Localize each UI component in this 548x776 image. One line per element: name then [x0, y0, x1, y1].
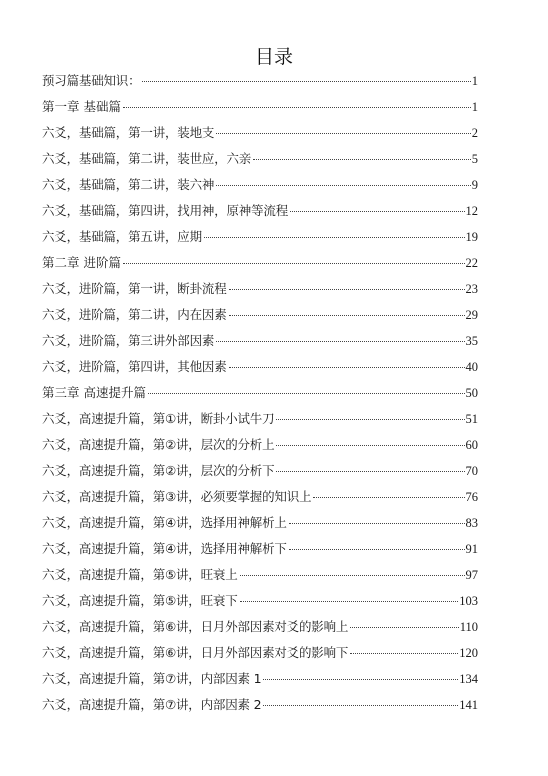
dot-leader	[229, 367, 465, 368]
toc-entry-page-number: 1	[472, 69, 478, 93]
toc-entry-page-number: 91	[466, 537, 479, 561]
toc-entry-page-number: 103	[459, 589, 478, 613]
toc-entry-page-number: 110	[460, 615, 478, 639]
toc-entry-title: 第一章 基础篇	[42, 95, 121, 119]
dot-leader	[313, 497, 464, 498]
toc-entry-page-number: 1	[472, 95, 478, 119]
page-title: 目录	[0, 44, 548, 70]
toc-entry-lesson[interactable]: 六爻，高速提升篇，第⑤讲，旺衰下 103	[42, 589, 478, 615]
dot-leader	[240, 575, 465, 576]
toc-entry-lesson[interactable]: 六爻，基础篇，第一讲，装地支 2	[42, 121, 478, 147]
toc-entry-lesson[interactable]: 六爻，高速提升篇，第③讲，必须要掌握的知识上 76	[42, 485, 478, 511]
toc-entry-lesson[interactable]: 六爻，高速提升篇，第⑦讲，内部因素 1 134	[42, 667, 478, 693]
toc-entry-title: 六爻，进阶篇，第三讲外部因素	[42, 329, 214, 353]
toc-entry-page-number: 29	[466, 303, 479, 327]
toc-entry-lesson[interactable]: 六爻，高速提升篇，第②讲，层次的分析上 60	[42, 433, 478, 459]
table-of-contents: 预习篇基础知识： 1 第一章 基础篇 1 六爻，基础篇，第一讲，装地支 2 六爻…	[42, 69, 478, 719]
toc-entry-page-number: 5	[472, 147, 478, 171]
toc-entry-page-number: 76	[466, 485, 479, 509]
toc-entry-title: 六爻，高速提升篇，第④讲，选择用神解析上	[42, 511, 287, 535]
toc-entry-lesson[interactable]: 六爻，高速提升篇，第⑤讲，旺衰上 97	[42, 563, 478, 589]
toc-entry-lesson[interactable]: 六爻，进阶篇，第四讲，其他因素 40	[42, 355, 478, 381]
toc-entry-title: 六爻，高速提升篇，第⑥讲，日月外部因素对爻的影响上	[42, 615, 348, 639]
toc-entry-section[interactable]: 预习篇基础知识： 1	[42, 69, 478, 95]
toc-entry-lesson[interactable]: 六爻，基础篇，第四讲，找用神，原神等流程 12	[42, 199, 478, 225]
toc-entry-title: 六爻，进阶篇，第四讲，其他因素	[42, 355, 227, 379]
toc-entry-title: 六爻，进阶篇，第一讲，断卦流程	[42, 277, 227, 301]
toc-entry-title: 六爻，基础篇，第二讲，装六神	[42, 173, 214, 197]
toc-entry-page-number: 35	[466, 329, 479, 353]
toc-entry-title: 六爻，高速提升篇，第②讲，层次的分析上	[42, 433, 274, 457]
dot-leader	[216, 133, 471, 134]
toc-entry-title: 第二章 进阶篇	[42, 251, 121, 275]
dot-leader	[142, 81, 470, 82]
dot-leader	[240, 601, 459, 602]
toc-entry-title: 六爻，基础篇，第五讲，应期	[42, 225, 202, 249]
toc-entry-title: 第三章 高速提升篇	[42, 381, 146, 405]
toc-entry-page-number: 22	[466, 251, 479, 275]
toc-entry-page-number: 83	[466, 511, 479, 535]
dot-leader	[253, 159, 471, 160]
toc-entry-title: 六爻，基础篇，第一讲，装地支	[42, 121, 214, 145]
dot-leader	[276, 471, 464, 472]
toc-entry-title: 六爻，基础篇，第二讲，装世应，六亲	[42, 147, 251, 171]
toc-entry-lesson[interactable]: 六爻，基础篇，第五讲，应期 19	[42, 225, 478, 251]
dot-leader	[289, 523, 465, 524]
dot-leader	[350, 627, 458, 628]
dot-leader	[229, 315, 465, 316]
toc-entry-chapter[interactable]: 第二章 进阶篇 22	[42, 251, 478, 277]
toc-entry-title: 六爻，高速提升篇，第⑥讲，日月外部因素对爻的影响下	[42, 641, 348, 665]
toc-entry-title: 六爻，进阶篇，第二讲，内在因素	[42, 303, 227, 327]
dot-leader	[216, 185, 471, 186]
toc-entry-page-number: 50	[466, 381, 479, 405]
toc-entry-page-number: 70	[466, 459, 479, 483]
toc-entry-title: 六爻，高速提升篇，第⑤讲，旺衰上	[42, 563, 238, 587]
toc-entry-title: 预习篇基础知识：	[42, 69, 140, 93]
toc-entry-lesson[interactable]: 六爻，高速提升篇，第⑥讲，日月外部因素对爻的影响下 120	[42, 641, 478, 667]
toc-entry-page-number: 141	[459, 693, 478, 717]
dot-leader	[290, 211, 464, 212]
dot-leader	[204, 237, 465, 238]
dot-leader	[216, 341, 464, 342]
toc-entry-page-number: 120	[459, 641, 478, 665]
dot-leader	[276, 419, 464, 420]
toc-entry-chapter[interactable]: 第三章 高速提升篇 50	[42, 381, 478, 407]
toc-entry-lesson[interactable]: 六爻，高速提升篇，第⑥讲，日月外部因素对爻的影响上 110	[42, 615, 478, 641]
toc-entry-page-number: 9	[472, 173, 478, 197]
toc-entry-lesson[interactable]: 六爻，基础篇，第二讲，装六神 9	[42, 173, 478, 199]
toc-entry-title: 六爻，高速提升篇，第①讲，断卦小试牛刀	[42, 407, 274, 431]
toc-entry-page-number: 23	[466, 277, 479, 301]
toc-entry-lesson[interactable]: 六爻，进阶篇，第二讲，内在因素 29	[42, 303, 478, 329]
toc-entry-lesson[interactable]: 六爻，高速提升篇，第⑦讲，内部因素 2 141	[42, 693, 478, 719]
dot-leader	[263, 679, 458, 680]
dot-leader	[148, 393, 465, 394]
toc-entry-title: 六爻，高速提升篇，第②讲，层次的分析下	[42, 459, 274, 483]
toc-entry-title: 六爻，高速提升篇，第③讲，必须要掌握的知识上	[42, 485, 311, 509]
toc-entry-lesson[interactable]: 六爻，高速提升篇，第④讲，选择用神解析上 83	[42, 511, 478, 537]
toc-entry-page-number: 2	[472, 121, 478, 145]
toc-entry-page-number: 51	[466, 407, 479, 431]
toc-entry-page-number: 40	[466, 355, 479, 379]
toc-entry-lesson[interactable]: 六爻，进阶篇，第一讲，断卦流程 23	[42, 277, 478, 303]
toc-entry-lesson[interactable]: 六爻，高速提升篇，第②讲，层次的分析下 70	[42, 459, 478, 485]
dot-leader	[123, 263, 465, 264]
toc-entry-title: 六爻，高速提升篇，第④讲，选择用神解析下	[42, 537, 287, 561]
toc-entry-title: 六爻，基础篇，第四讲，找用神，原神等流程	[42, 199, 288, 223]
toc-entry-page-number: 12	[466, 199, 479, 223]
dot-leader	[123, 107, 471, 108]
dot-leader	[276, 445, 464, 446]
toc-entry-page-number: 134	[459, 667, 478, 691]
dot-leader	[350, 653, 458, 654]
dot-leader	[263, 705, 458, 706]
dot-leader	[229, 289, 465, 290]
toc-entry-title: 六爻，高速提升篇，第⑦讲，内部因素 1	[42, 667, 261, 691]
toc-entry-page-number: 60	[466, 433, 479, 457]
toc-entry-page-number: 19	[466, 225, 479, 249]
toc-entry-title: 六爻，高速提升篇，第⑦讲，内部因素 2	[42, 693, 261, 717]
toc-entry-chapter[interactable]: 第一章 基础篇 1	[42, 95, 478, 121]
toc-entry-lesson[interactable]: 六爻，高速提升篇，第④讲，选择用神解析下 91	[42, 537, 478, 563]
toc-entry-lesson[interactable]: 六爻，基础篇，第二讲，装世应，六亲 5	[42, 147, 478, 173]
dot-leader	[289, 549, 465, 550]
toc-entry-page-number: 97	[466, 563, 479, 587]
toc-entry-lesson[interactable]: 六爻，进阶篇，第三讲外部因素 35	[42, 329, 478, 355]
toc-entry-title: 六爻，高速提升篇，第⑤讲，旺衰下	[42, 589, 238, 613]
toc-entry-lesson[interactable]: 六爻，高速提升篇，第①讲，断卦小试牛刀 51	[42, 407, 478, 433]
